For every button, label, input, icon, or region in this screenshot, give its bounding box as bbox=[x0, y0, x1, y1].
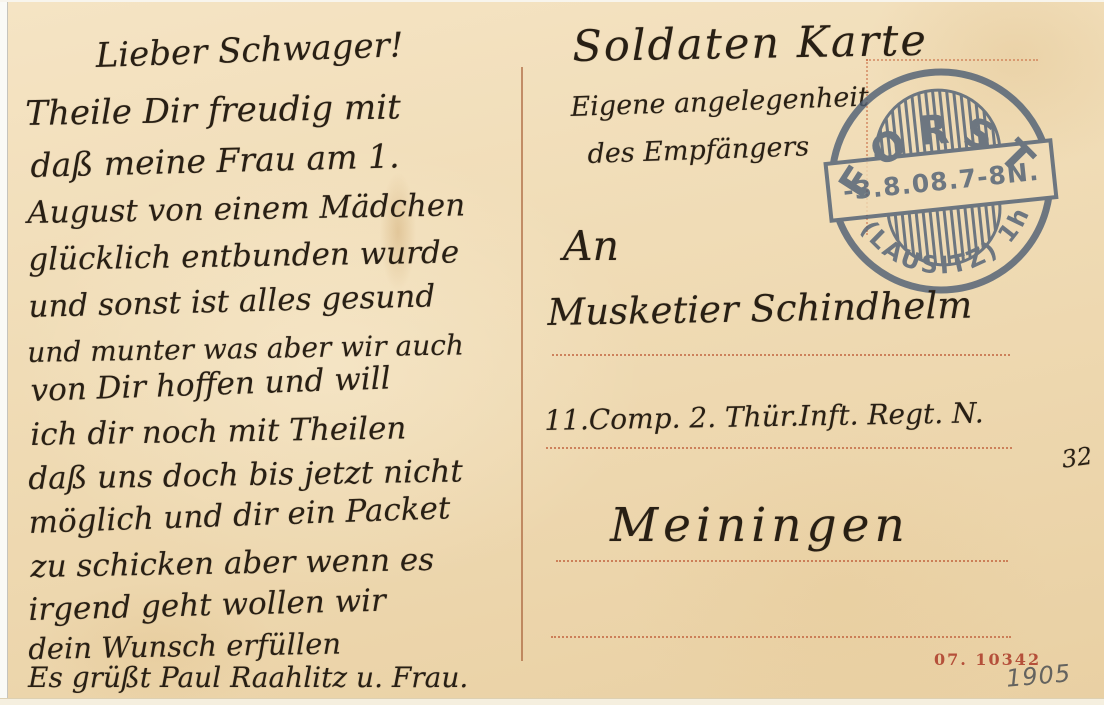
message-line: August von einem Mädchen bbox=[27, 187, 465, 231]
message-line: und sonst ist alles gesund bbox=[28, 278, 436, 325]
address-recipient: Musketier Schindhelm bbox=[547, 284, 973, 334]
message-line: zu schicken aber wenn es bbox=[30, 542, 434, 585]
card-type-title: Soldaten Karte bbox=[572, 16, 928, 72]
message-line: irgend geht wollen wir bbox=[28, 583, 386, 628]
message-line: ich dir noch mit Theilen bbox=[30, 410, 407, 453]
message-line: daß meine Frau am 1. bbox=[30, 136, 400, 185]
address-dotted-line bbox=[551, 636, 1011, 638]
pencil-year-note: 1905 bbox=[1005, 659, 1072, 693]
postcard-back: Lieber Schwager! Theile Dir freudig mit … bbox=[0, 0, 1104, 705]
address-dotted-line bbox=[546, 447, 1012, 449]
franchise-note-line2: des Empfängers bbox=[587, 131, 810, 170]
message-line: und munter was aber wir auch bbox=[27, 328, 464, 369]
center-divider-line bbox=[521, 67, 523, 661]
address-dotted-line bbox=[556, 560, 1008, 562]
message-line: daß uns doch bis jetzt nicht bbox=[28, 453, 463, 497]
scan-edge-left bbox=[0, 0, 8, 705]
message-line: glücklich entbunden wurde bbox=[28, 234, 460, 278]
message-line: Theile Dir freudig mit bbox=[25, 87, 401, 134]
scan-edge-top bbox=[0, 0, 1104, 2]
message-line: möglich und dir ein Packet bbox=[28, 490, 451, 541]
address-dotted-line bbox=[552, 354, 1010, 356]
message-signature: Es grüßt Paul Raahlitz u. Frau. bbox=[28, 661, 468, 694]
scan-edge-bottom bbox=[0, 698, 1104, 705]
postmark-stamp: FORST (LAUSITZ) 1h -3.8.08.7-8N. bbox=[810, 50, 1072, 312]
address-city: Meiningen bbox=[610, 498, 910, 553]
address-unit: 11.Comp. 2. Thür.Inft. Regt. N. bbox=[544, 396, 984, 437]
message-line: Lieber Schwager! bbox=[95, 25, 404, 76]
address-prefix: An bbox=[563, 222, 619, 270]
address-unit-number: 32 bbox=[1060, 442, 1094, 474]
